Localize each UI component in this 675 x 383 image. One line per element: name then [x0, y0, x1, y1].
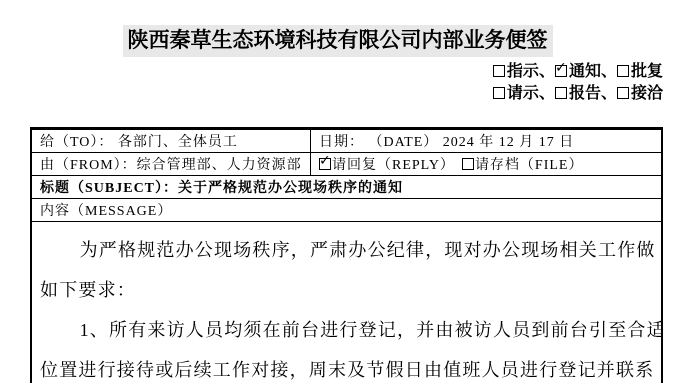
message-label-cell: 内容（MESSAGE）	[32, 200, 661, 220]
checkbox-icon	[617, 87, 629, 99]
separator-text: 、	[601, 85, 617, 102]
table-row-subject: 标题（SUBJECT）：关于严格规范办公现场秩序的通知	[32, 176, 661, 199]
checkbox-icon	[493, 65, 505, 77]
message-body: 为严格规范办公现场秩序，严肃办公纪律，现对办公现场相关工作做 如下要求： 1、所…	[32, 222, 661, 383]
checkmark-icon: ✓	[319, 154, 332, 168]
page-title: 陕西秦草生态环境科技有限公司内部业务便签	[123, 25, 553, 57]
message-line: 为严格规范办公现场秩序，严肃办公纪律，现对办公现场相关工作做	[40, 230, 653, 270]
separator-text: 、	[601, 63, 617, 80]
subject-cell: 标题（SUBJECT）：关于严格规范办公现场秩序的通知	[32, 177, 661, 197]
doc-type-option-jieqia: 接洽	[617, 85, 663, 102]
to-cell: 给（TO）： 各部门、全体员工	[32, 130, 311, 152]
checkbox-checked-icon: ✓	[319, 158, 331, 170]
table-row-to-date: 给（TO）： 各部门、全体员工 日期： （DATE） 2024 年 12 月 1…	[32, 130, 661, 153]
doc-type-row-1: 指示、✓通知、批复	[493, 61, 663, 83]
from-cell: 由（FROM）：综合管理部、人力资源部	[32, 153, 311, 175]
title-row: 陕西秦草生态环境科技有限公司内部业务便签	[0, 25, 675, 57]
table-row-message-label: 内容（MESSAGE）	[32, 199, 661, 222]
doc-type-option-zhishi: 指示、	[493, 63, 555, 80]
doc-type-option-pifu: 批复	[617, 63, 663, 80]
checkbox-icon	[555, 87, 567, 99]
checkbox-icon	[462, 158, 474, 170]
separator-text: 、	[539, 63, 555, 80]
doc-type-option-label: 批复	[631, 63, 663, 80]
reply-option-label: 请回复（REPLY）	[332, 154, 455, 174]
reply-option: ✓请回复（REPLY）	[319, 154, 455, 174]
separator-text: 、	[539, 85, 555, 102]
doc-type-option-tongzhi: ✓通知、	[555, 63, 617, 80]
doc-type-checklist: 指示、✓通知、批复 请示、报告、接洽	[493, 61, 663, 105]
doc-type-option-label: 通知	[569, 63, 601, 80]
table-row-from-reply: 由（FROM）：综合管理部、人力资源部 ✓请回复（REPLY） 请存档（FILE…	[32, 153, 661, 176]
doc-type-option-label: 指示	[507, 63, 539, 80]
doc-type-row-2: 请示、报告、接洽	[493, 83, 663, 105]
doc-type-option-label: 请示	[507, 85, 539, 102]
doc-type-option-label: 接洽	[631, 85, 663, 102]
checkbox-icon	[493, 87, 505, 99]
date-cell: 日期： （DATE） 2024 年 12 月 17 日	[311, 131, 661, 151]
checkbox-checked-icon: ✓	[555, 65, 567, 77]
file-option: 请存档（FILE）	[462, 154, 584, 174]
memo-header-table: 给（TO）： 各部门、全体员工 日期： （DATE） 2024 年 12 月 1…	[30, 127, 663, 383]
checkmark-icon: ✓	[555, 61, 567, 75]
memo-page: 陕西秦草生态环境科技有限公司内部业务便签 指示、✓通知、批复 请示、报告、接洽 …	[0, 0, 675, 383]
doc-type-option-baogao: 报告、	[555, 85, 617, 102]
doc-type-option-qingshi: 请示、	[493, 85, 555, 102]
message-line: 位置进行接待或后续工作对接，周末及节假日由值班人员进行登记并联系	[40, 350, 653, 383]
message-line: 如下要求：	[40, 270, 653, 310]
reply-file-cell: ✓请回复（REPLY） 请存档（FILE）	[311, 154, 661, 174]
doc-type-option-label: 报告	[569, 85, 601, 102]
file-option-label: 请存档（FILE）	[475, 154, 584, 174]
checkbox-icon	[617, 65, 629, 77]
message-line: 1、所有来访人员均须在前台进行登记，并由被访人员到前台引至合适	[40, 310, 653, 350]
